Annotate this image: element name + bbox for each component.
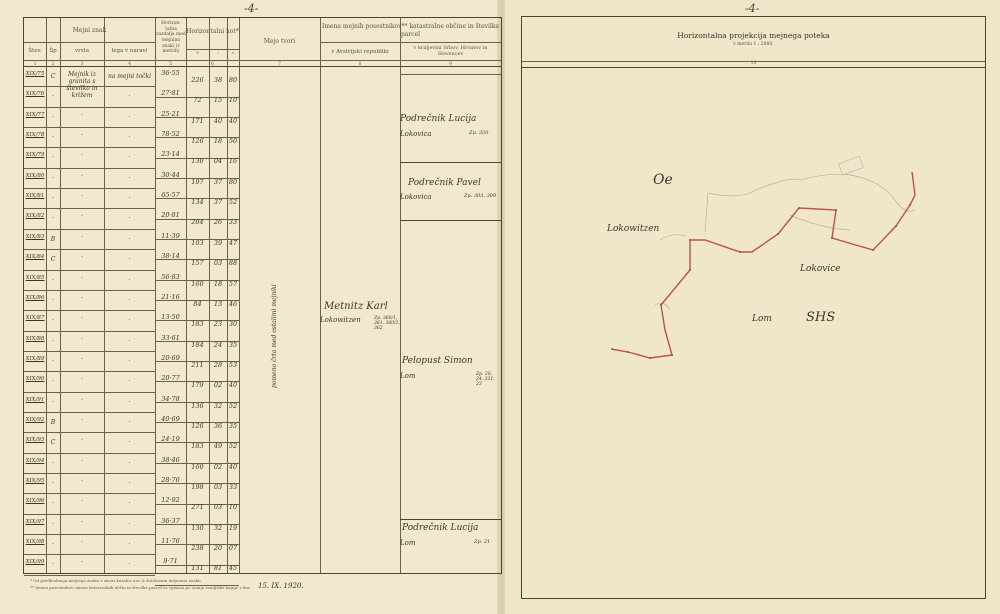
angle-degrees: 238: [186, 544, 209, 552]
angle-seconds: 80: [227, 76, 239, 84]
column-number: 2: [46, 62, 60, 67]
distance-value: 23·14: [155, 150, 186, 158]
distance-value: 11·39: [155, 232, 186, 240]
mark-type: ·: [60, 234, 104, 241]
boundary-object-text: pomeno črta med ostalimi mejniki: [271, 268, 278, 388]
map-label-lokovice: Lokovice: [800, 264, 841, 274]
mark-type: ·: [60, 417, 104, 424]
mark-sp: B: [46, 419, 60, 426]
angle-seconds: 40: [227, 381, 239, 389]
angle-seconds: 50: [227, 137, 239, 145]
mark-type: ·: [60, 173, 104, 180]
mark-type: ·: [60, 376, 104, 383]
angle-seconds: 52: [227, 198, 239, 206]
mark-number: XIX/86: [24, 296, 46, 302]
mark-type: ·: [60, 559, 104, 566]
mark-sp: ·: [46, 154, 60, 161]
distance-value: 28·76: [155, 476, 186, 484]
mark-number: XIX/92: [24, 418, 46, 424]
angle-seconds: 80: [227, 178, 239, 186]
column-number: 3: [60, 62, 104, 67]
angle-degrees: 131: [186, 564, 209, 572]
header-sp: Šp: [46, 48, 60, 55]
angle-minutes: 18: [209, 280, 227, 288]
angle-minutes: 32: [209, 402, 227, 410]
angle-minutes: 03: [209, 483, 227, 491]
mark-sp: ·: [46, 399, 60, 406]
angle-minutes: 81: [209, 564, 227, 572]
mark-number: XIX/97: [24, 520, 46, 526]
mark-type: ·: [60, 397, 104, 404]
owner-parcels: Zp. 320: [469, 130, 488, 136]
angle-minutes: 20: [209, 544, 227, 552]
angle-degrees: 157: [186, 259, 209, 267]
mark-position: ·: [104, 419, 155, 426]
mark-sp: ·: [46, 358, 60, 365]
angle-minutes: 03: [209, 259, 227, 267]
footnote-2: ** Imena posestnikov, imena katastralnih…: [30, 585, 250, 590]
map-label-lom: Lom: [752, 314, 772, 324]
boundary-markers: [627, 204, 911, 359]
distance-value: 20·81: [155, 211, 186, 219]
mark-type: ·: [60, 91, 104, 98]
distance-value: 36·37: [155, 517, 186, 525]
angle-minutes: 49: [209, 442, 227, 450]
header-horizontal-distance: Horizon-talna razdalja med mejnimi znaki…: [156, 21, 186, 55]
mark-number: XIX/76: [24, 92, 46, 98]
distance-value: 13·50: [155, 313, 186, 321]
mark-number: XIX/78: [24, 133, 46, 139]
mark-sp: ·: [46, 378, 60, 385]
owner-place: Lokowitzen: [320, 316, 361, 324]
owner-place: Lom: [400, 539, 416, 547]
header-boundary-mark: Mejni znak: [24, 27, 155, 35]
angle-seconds: 47: [227, 239, 239, 247]
mark-sp: ·: [46, 93, 60, 100]
angle-seconds: 40: [227, 463, 239, 471]
map-label-austria: Oe: [653, 172, 673, 188]
angle-degrees: 226: [186, 76, 209, 84]
mark-number: XIX/96: [24, 499, 46, 505]
header-owners-shs: v kraljevini Srbov, Hrvatov in Slovencev: [400, 45, 501, 58]
angle-seconds: 88: [227, 259, 239, 267]
angle-degrees: 211: [186, 361, 209, 369]
mark-number: XIX/77: [24, 113, 46, 119]
mark-type: ·: [60, 458, 104, 465]
angle-minutes: 40: [209, 117, 227, 125]
angle-seconds: 33: [227, 483, 239, 491]
angle-seconds: 33: [227, 218, 239, 226]
distance-value: 20·77: [155, 374, 186, 382]
mark-position: ·: [104, 378, 155, 385]
mark-number: XIX/93: [24, 438, 46, 444]
mark-position: ·: [104, 317, 155, 324]
angle-degrees: 204: [186, 218, 209, 226]
mark-type: ·: [60, 193, 104, 200]
mark-type: ·: [60, 336, 104, 343]
distance-value: 38·46: [155, 456, 186, 464]
distance-value: 20·69: [155, 354, 186, 362]
mark-position: ·: [104, 256, 155, 263]
header-degrees: °: [186, 52, 209, 59]
mark-type: ·: [60, 152, 104, 159]
mark-position: ·: [104, 154, 155, 161]
boundary-table: Mejni znak Štev. Šp vrsta lega v naravi …: [23, 17, 502, 574]
angle-degrees: 130: [186, 524, 209, 532]
mark-position: ·: [104, 236, 155, 243]
mark-number: XIX/81: [24, 194, 46, 200]
mark-sp: ·: [46, 317, 60, 324]
column-number: 4: [104, 62, 155, 67]
mark-number: XIX/84: [24, 255, 46, 261]
mark-position: ·: [104, 134, 155, 141]
map-label-lokowitzen: Lokowitzen: [607, 224, 659, 234]
mark-number: XIX/85: [24, 276, 46, 282]
distance-value: 40·69: [155, 415, 186, 423]
angle-minutes: 38: [209, 76, 227, 84]
road-lines: [655, 174, 915, 310]
header-owners: Imena mejnih posestnikov** katastralne o…: [320, 23, 501, 38]
mark-position: ·: [104, 277, 155, 284]
distance-value: 33·61: [155, 334, 186, 342]
mark-position: ·: [104, 175, 155, 182]
owner-name: Podrečnik Lucija: [400, 114, 476, 124]
angle-degrees: 84: [186, 300, 209, 308]
mark-position: ·: [104, 541, 155, 548]
angle-degrees: 126: [186, 137, 209, 145]
distance-value: 11·76: [155, 537, 186, 545]
state-boundary-line: [611, 172, 915, 358]
angle-seconds: 46: [227, 300, 239, 308]
angle-minutes: 37: [209, 198, 227, 206]
mark-type: ·: [60, 478, 104, 485]
mark-type: ·: [60, 213, 104, 220]
mark-sp: ·: [46, 215, 60, 222]
mark-sp: B: [46, 236, 60, 243]
angle-minutes: 15: [209, 96, 227, 104]
column-number: 6: [186, 62, 239, 67]
angle-seconds: 53: [227, 361, 239, 369]
header-minutes: ': [209, 52, 227, 59]
angle-minutes: 02: [209, 463, 227, 471]
header-seconds: ": [227, 52, 239, 59]
angle-minutes: 39: [209, 239, 227, 247]
angle-minutes: 23: [209, 320, 227, 328]
angle-minutes: 18: [209, 137, 227, 145]
mark-type: ·: [60, 315, 104, 322]
header-boundary-object: Mejo tvori: [239, 38, 320, 46]
mark-sp: ·: [46, 277, 60, 284]
mark-position: na mejni točki: [104, 73, 155, 80]
header-type: vrsta: [60, 48, 104, 55]
owner-parcels: Zp. 20, 24, 321, 23: [476, 372, 500, 387]
angle-degrees: 198: [186, 483, 209, 491]
mark-number: XIX/90: [24, 377, 46, 383]
angle-minutes: 32: [209, 524, 227, 532]
distance-value: 36·55: [155, 69, 186, 77]
mark-sp: ·: [46, 175, 60, 182]
column-number: 8: [320, 62, 400, 67]
mark-type: ·: [60, 254, 104, 261]
mark-position: ·: [104, 521, 155, 528]
angle-minutes: 26: [209, 218, 227, 226]
mark-type: ·: [60, 498, 104, 505]
angle-seconds: 57: [227, 280, 239, 288]
distance-value: 9·71: [155, 557, 186, 565]
mark-sp: ·: [46, 114, 60, 121]
mark-position: ·: [104, 358, 155, 365]
mark-sp: C: [46, 73, 60, 80]
owner-parcels: Zp. 360/1, 361, 360/2, 362: [374, 316, 400, 331]
angle-degrees: 179: [186, 381, 209, 389]
distance-value: 24·19: [155, 435, 186, 443]
angle-seconds: 40: [227, 117, 239, 125]
mark-position: ·: [104, 561, 155, 568]
angle-seconds: 16: [227, 157, 239, 165]
page-number-left: -4-: [244, 2, 258, 15]
mark-type: ·: [60, 132, 104, 139]
angle-seconds: 10: [227, 503, 239, 511]
mark-sp: ·: [46, 338, 60, 345]
angle-minutes: 13: [209, 300, 227, 308]
angle-seconds: 52: [227, 442, 239, 450]
mark-number: XIX/95: [24, 479, 46, 485]
angle-degrees: 160: [186, 280, 209, 288]
mark-number: XIX/82: [24, 214, 46, 220]
mark-sp: ·: [46, 460, 60, 467]
mark-sp: C: [46, 439, 60, 446]
mark-number: XIX/83: [24, 235, 46, 241]
angle-degrees: 197: [186, 178, 209, 186]
angle-degrees: 130: [186, 157, 209, 165]
header-number: Štev.: [24, 48, 46, 55]
mark-number: XIX/99: [24, 560, 46, 566]
angle-minutes: 37: [209, 178, 227, 186]
distance-value: 34·78: [155, 395, 186, 403]
mark-type: ·: [60, 112, 104, 119]
mark-number: XIX/88: [24, 337, 46, 343]
mark-position: ·: [104, 500, 155, 507]
angle-seconds: 10: [227, 96, 239, 104]
distance-value: 12·92: [155, 496, 186, 504]
mark-position: ·: [104, 195, 155, 202]
mark-number: XIX/87: [24, 316, 46, 322]
angle-seconds: 19: [227, 524, 239, 532]
angle-degrees: 134: [186, 198, 209, 206]
angle-minutes: 03: [209, 503, 227, 511]
map-label-shs: SHS: [806, 310, 835, 325]
column-number: 5: [155, 62, 186, 67]
angle-degrees: 184: [186, 341, 209, 349]
column-number: 1: [24, 62, 46, 67]
mark-position: ·: [104, 439, 155, 446]
header-position: lega v naravi: [104, 48, 155, 55]
angle-degrees: 183: [186, 442, 209, 450]
mark-number: XIX/94: [24, 459, 46, 465]
angle-seconds: 30: [227, 320, 239, 328]
angle-minutes: 02: [209, 381, 227, 389]
owner-parcels: Zp. 21: [474, 539, 490, 545]
column-number: 7: [239, 62, 320, 67]
projection-title: Horizontalna projekcija mejnega poteka: [522, 31, 985, 40]
owner-place: Lom: [400, 372, 416, 380]
registry-date: 15. IX. 1920.: [258, 582, 304, 590]
angle-minutes: 36: [209, 422, 227, 430]
distance-value: 38·14: [155, 252, 186, 260]
owner-place: Lokovica: [400, 130, 432, 138]
angle-minutes: 28: [209, 361, 227, 369]
angle-degrees: 126: [186, 422, 209, 430]
angle-seconds: 07: [227, 544, 239, 552]
mark-type: ·: [60, 275, 104, 282]
mark-position: ·: [104, 297, 155, 304]
mark-type: ·: [60, 356, 104, 363]
mark-sp: ·: [46, 480, 60, 487]
angle-minutes: 04: [209, 157, 227, 165]
distance-value: 25·21: [155, 110, 186, 118]
mark-type: ·: [60, 295, 104, 302]
mark-position: ·: [104, 338, 155, 345]
angle-degrees: 160: [186, 463, 209, 471]
mark-number: XIX/79: [24, 153, 46, 159]
owner-place: Lokovica: [400, 193, 432, 201]
mark-position: ·: [104, 114, 155, 121]
angle-seconds: 45: [227, 564, 239, 572]
projection-scale: v merilu 1 : 2880.: [522, 42, 985, 48]
distance-value: 21·16: [155, 293, 186, 301]
angle-degrees: 136: [186, 402, 209, 410]
owner-parcels: Zp. 303, 309: [464, 193, 500, 199]
mark-number: XIX/80: [24, 174, 46, 180]
angle-degrees: 271: [186, 503, 209, 511]
mark-sp: ·: [46, 297, 60, 304]
angle-seconds: 52: [227, 402, 239, 410]
mark-sp: C: [46, 256, 60, 263]
angle-degrees: 171: [186, 117, 209, 125]
angle-degrees: 183: [186, 320, 209, 328]
distance-value: 30·44: [155, 171, 186, 179]
mark-number: XIX/89: [24, 357, 46, 363]
footnote-1: * Od predhodnega mejnega znaka v smeri k…: [30, 578, 202, 583]
mark-number: XIX/98: [24, 540, 46, 546]
angle-minutes: 24: [209, 341, 227, 349]
owner-name: Podrečnik Pavel: [408, 178, 481, 188]
distance-value: 27·81: [155, 89, 186, 97]
angle-degrees: 72: [186, 96, 209, 104]
mark-type: ·: [60, 539, 104, 546]
owner-name: Podrečnik Lucija: [402, 523, 478, 533]
mark-number: XIX/91: [24, 398, 46, 404]
mark-position: ·: [104, 215, 155, 222]
distance-value: 65·57: [155, 191, 186, 199]
header-owners-austria: v Avstrijski republiki: [320, 49, 400, 56]
mark-type: ·: [60, 519, 104, 526]
mark-sp: ·: [46, 500, 60, 507]
boundary-map: [521, 64, 986, 599]
owner-name: Pelopust Simon: [402, 356, 473, 366]
mark-position: ·: [104, 480, 155, 487]
mark-sp: ·: [46, 521, 60, 528]
mark-position: ·: [104, 93, 155, 100]
page-number-right: -4-: [745, 2, 759, 15]
owner-name: Metnitz Karl: [324, 301, 388, 312]
mark-position: ·: [104, 399, 155, 406]
mark-sp: ·: [46, 134, 60, 141]
mark-sp: ·: [46, 561, 60, 568]
distance-value: 56·83: [155, 273, 186, 281]
distance-value: 78·52: [155, 130, 186, 138]
mark-sp: ·: [46, 541, 60, 548]
mark-sp: ·: [46, 195, 60, 202]
angle-seconds: 35: [227, 422, 239, 430]
header-horizontal-angle: Horizontalni kot*: [186, 28, 239, 36]
mark-number: XIX/75: [24, 72, 46, 78]
mark-position: ·: [104, 460, 155, 467]
angle-degrees: 103: [186, 239, 209, 247]
angle-seconds: 35: [227, 341, 239, 349]
column-number: 9: [400, 62, 501, 67]
mark-type: ·: [60, 437, 104, 444]
